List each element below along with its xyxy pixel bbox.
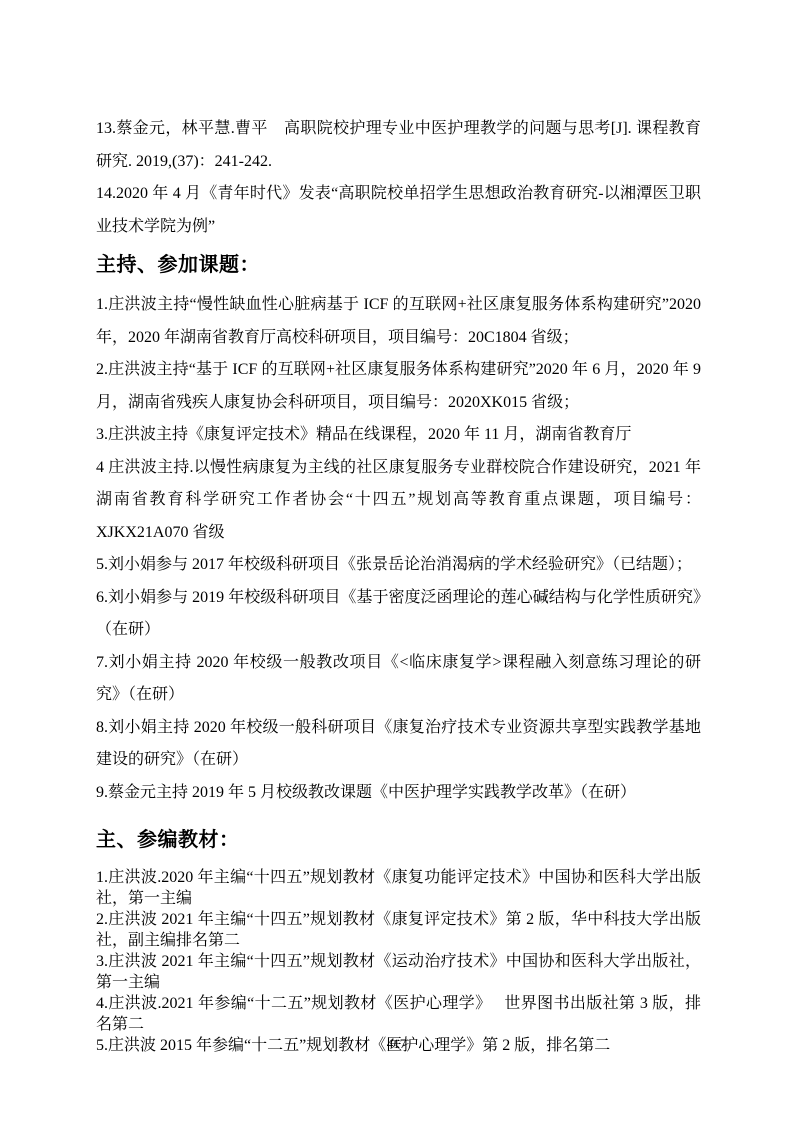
project-item-6: 6.刘小娟参与 2019 年校级科研项目《基于密度泛函理论的莲心碱结构与化学性质… bbox=[96, 582, 701, 647]
textbook-item-2: 2.庄洪波 2021 年主编“十四五”规划教材《康复评定技术》第 2 版，华中科… bbox=[96, 909, 701, 951]
publications-list-continued: 13.蔡金元，林平慧.曹平 高职院校护理专业中医护理教学的问题与思考[J]. 课… bbox=[96, 113, 701, 243]
publication-item-13: 13.蔡金元，林平慧.曹平 高职院校护理专业中医护理教学的问题与思考[J]. 课… bbox=[96, 113, 701, 178]
textbook-item-3: 3.庄洪波 2021 年主编“十四五”规划教材《运动治疗技术》中国协和医科大学出… bbox=[96, 951, 701, 993]
project-item-9: 9.蔡金元主持 2019 年 5 月校级教改课题《中医护理学实践教学改革》（在研… bbox=[96, 777, 701, 810]
project-item-7: 7.刘小娟主持 2020 年校级一般教改项目《<临床康复学>课程融入刻意练习理论… bbox=[96, 647, 701, 712]
projects-list: 1.庄洪波主持“慢性缺血性心脏病基于 ICF 的互联网+社区康复服务体系构建研究… bbox=[96, 289, 701, 809]
section-heading-textbooks: 主、参编教材： bbox=[96, 825, 701, 855]
textbook-item-1: 1.庄洪波.2020 年主编“十四五”规划教材《康复功能评定技术》中国协和医科大… bbox=[96, 867, 701, 909]
page-number: 417 bbox=[0, 1036, 793, 1052]
project-item-8: 8.刘小娟主持 2020 年校级一般科研项目《康复治疗技术专业资源共享型实践教学… bbox=[96, 712, 701, 777]
project-item-3: 3.庄洪波主持《康复评定技术》精品在线课程，2020 年 11 月，湖南省教育厅 bbox=[96, 419, 701, 452]
project-item-1: 1.庄洪波主持“慢性缺血性心脏病基于 ICF 的互联网+社区康复服务体系构建研究… bbox=[96, 289, 701, 354]
textbook-item-4: 4.庄洪波.2021 年参编“十二五”规划教材《医护心理学》 世界图书出版社第 … bbox=[96, 993, 701, 1035]
project-item-2: 2.庄洪波主持“基于 ICF 的互联网+社区康复服务体系构建研究”2020 年 … bbox=[96, 354, 701, 419]
publication-item-14: 14.2020 年 4 月《青年时代》发表“高职院校单招学生思想政治教育研究-以… bbox=[96, 178, 701, 243]
section-heading-projects: 主持、参加课题： bbox=[96, 250, 701, 280]
document-page: 13.蔡金元，林平慧.曹平 高职院校护理专业中医护理教学的问题与思考[J]. 课… bbox=[0, 0, 793, 1122]
project-item-5: 5.刘小娟参与 2017 年校级科研项目《张景岳论治消渴病的学术经验研究》（已结… bbox=[96, 549, 701, 582]
textbooks-list: 1.庄洪波.2020 年主编“十四五”规划教材《康复功能评定技术》中国协和医科大… bbox=[96, 867, 701, 1056]
page-content: 13.蔡金元，林平慧.曹平 高职院校护理专业中医护理教学的问题与思考[J]. 课… bbox=[96, 0, 701, 1056]
project-item-4: 4 庄洪波主持.以慢性病康复为主线的社区康复服务专业群校院合作建设研究，2021… bbox=[96, 452, 701, 550]
